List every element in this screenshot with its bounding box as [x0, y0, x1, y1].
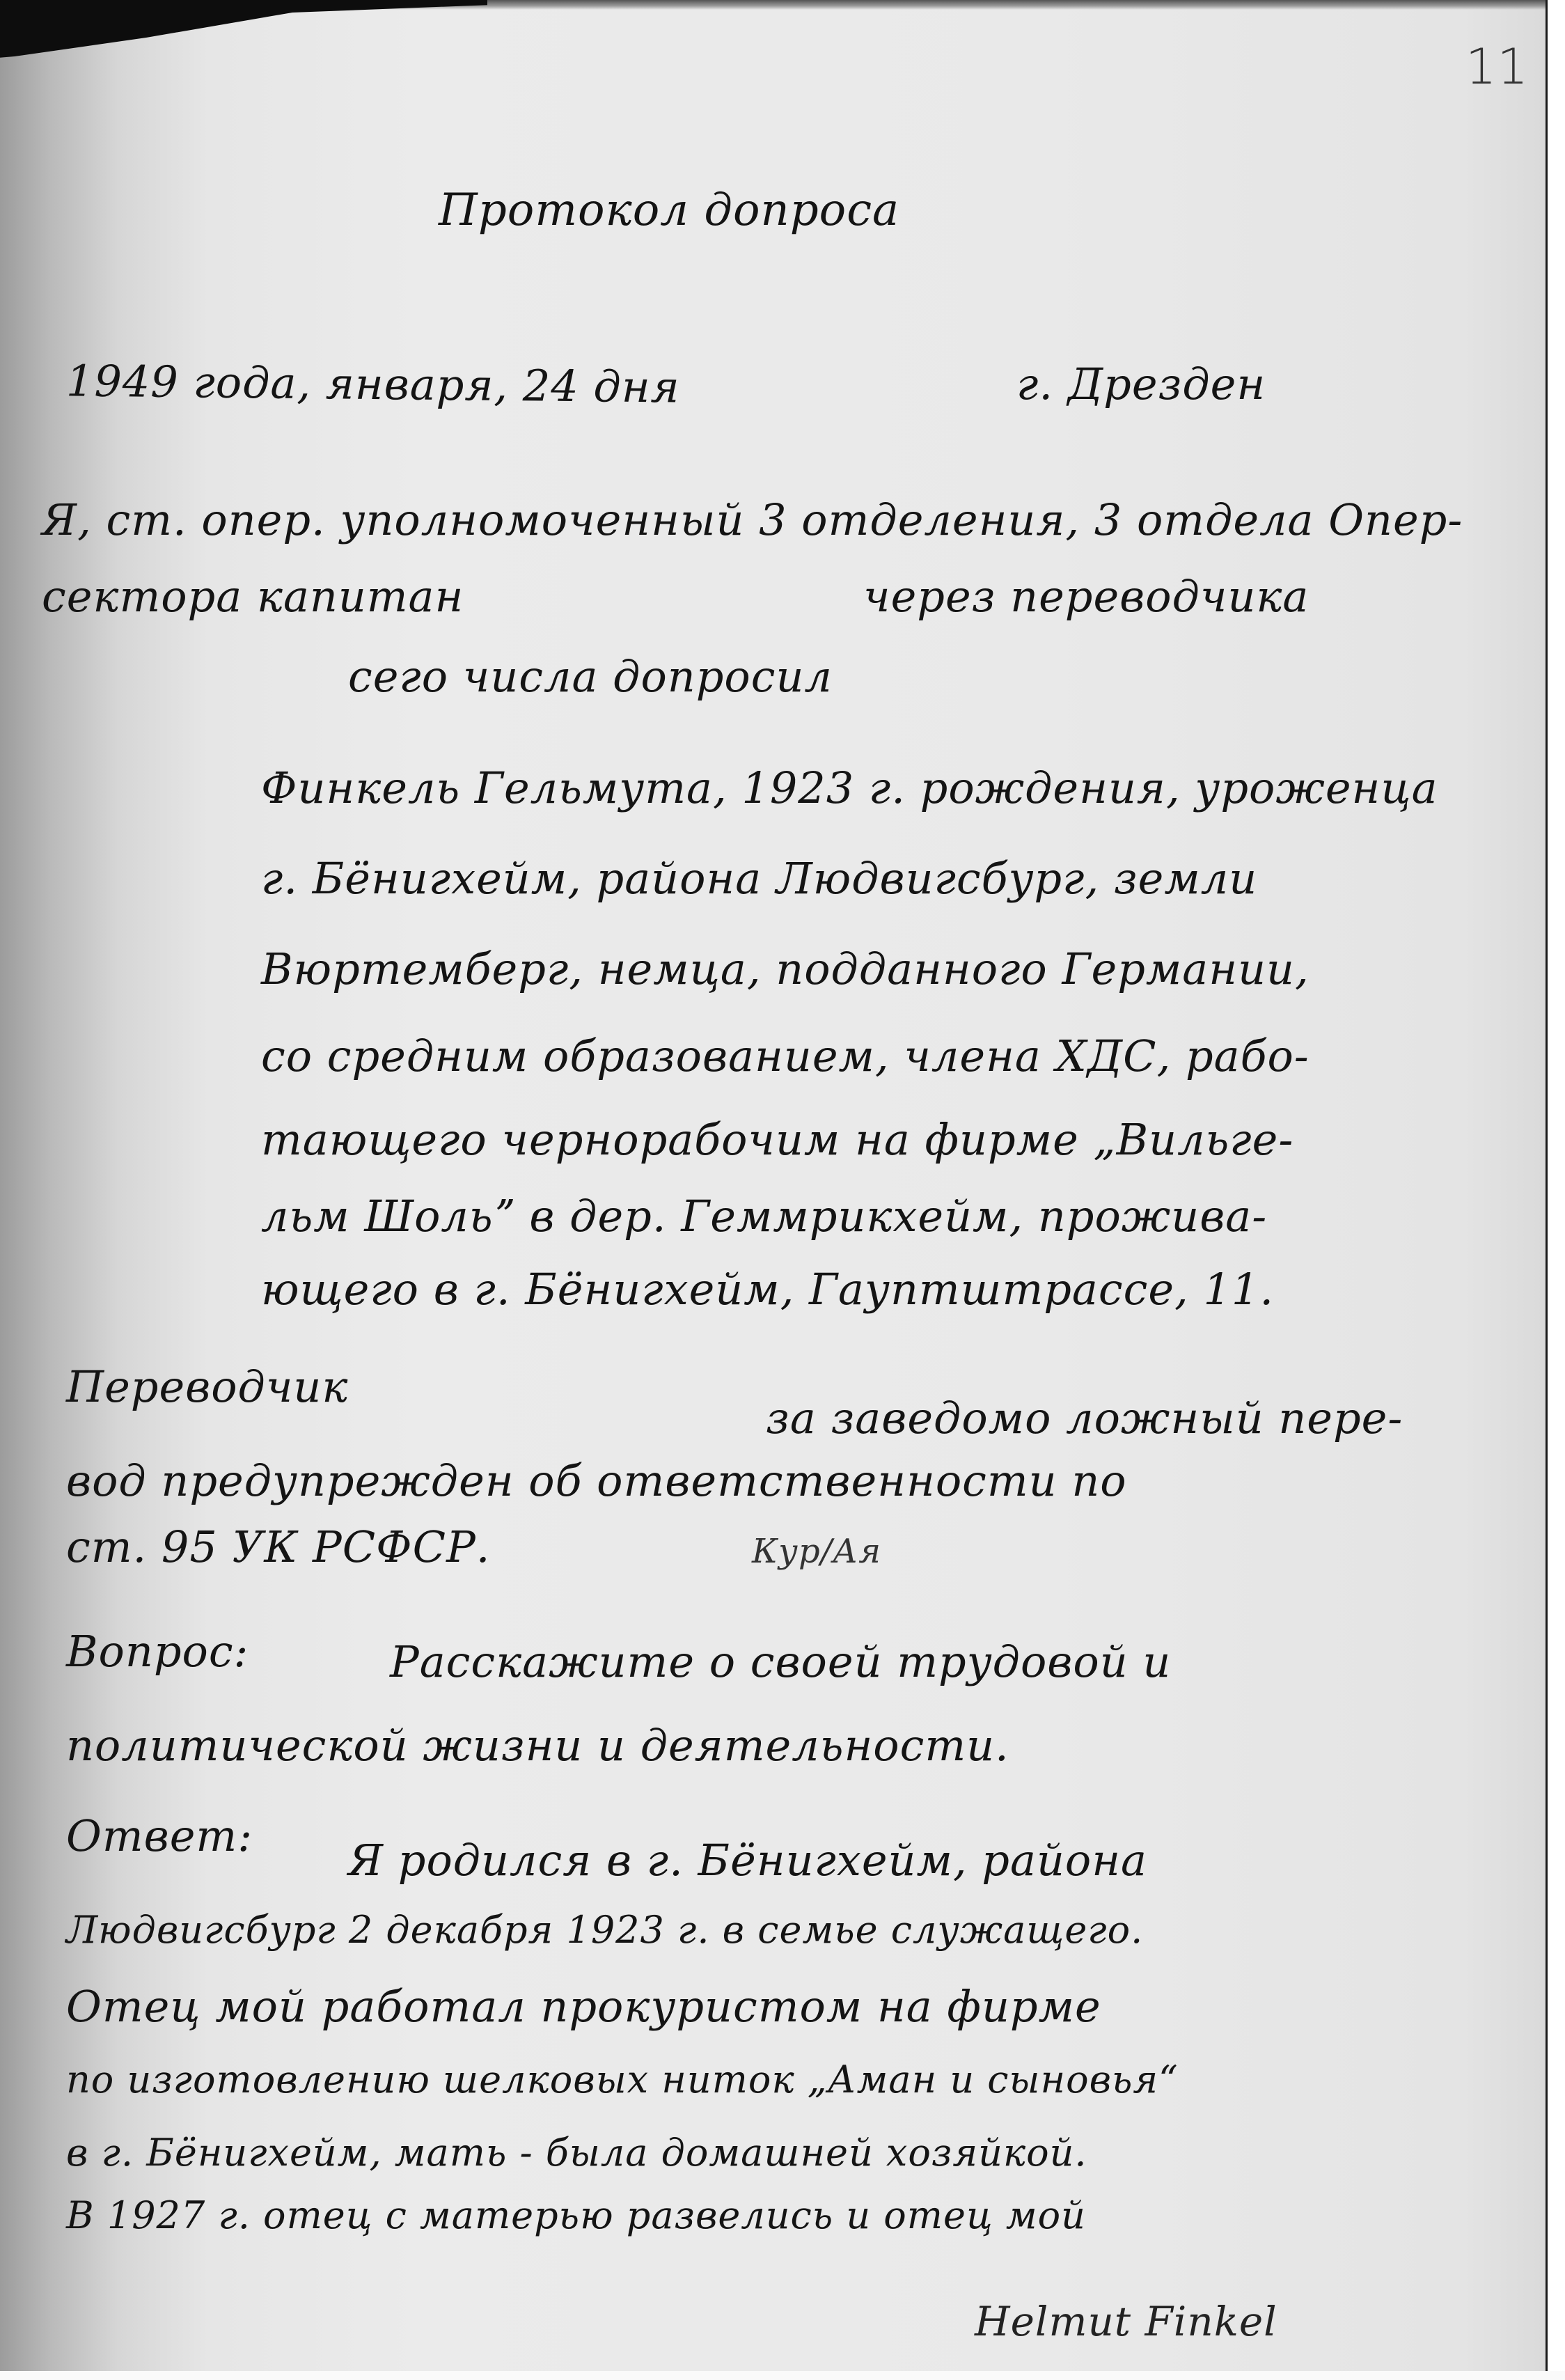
subject-line: ющего в г. Бёнигхейм, Гауптштрассе, 11.: [261, 1264, 1274, 1315]
intro-line-2-left: сектора капитан: [42, 571, 464, 622]
answer-line: Я родился в г. Бёнигхейм, района: [348, 1835, 1147, 1886]
document-page: 11 Протокол допроса 1949 года, января, 2…: [0, 0, 1548, 2371]
answer-line: Отец мой работал прокуристом на фирме: [66, 1981, 1101, 2032]
answer-line: В 1927 г. отец с матерью развелись и оте…: [66, 2193, 1086, 2237]
subject-line: со средним образованием, члена ХДС, рабо…: [261, 1031, 1310, 1081]
answer-line: в г. Бёнигхейм, мать - была домашней хоз…: [66, 2131, 1087, 2175]
scan-bottom-margin: [0, 2371, 1565, 2380]
page-number: 11: [1465, 38, 1529, 95]
subject-line: Финкель Гельмута, 1923 г. рождения, урож…: [261, 762, 1438, 813]
subject-signature: Helmut Finkel: [975, 2298, 1277, 2345]
intro-line-3: сего числа допросил: [348, 651, 833, 702]
question-line-2: политической жизни и деятельности.: [66, 1720, 1009, 1771]
answer-label: Ответ:: [66, 1810, 253, 1861]
question-line-1: Расскажите о своей трудовой и: [390, 1636, 1171, 1687]
intro-line-2-right: через переводчика: [863, 571, 1309, 622]
question-label: Вопрос:: [66, 1626, 249, 1677]
subject-line: Вюртемберг, немца, подданного Германии,: [261, 944, 1310, 994]
translator-line-3: ст. 95 УК РСФСР.: [66, 1521, 491, 1572]
translator-signature: Кур/Ая: [752, 1532, 881, 1571]
answer-line: по изготовлению шелковых ниток „Аман и с…: [66, 2058, 1179, 2101]
answer-line: Людвигсбург 2 декабря 1923 г. в семье сл…: [66, 1908, 1143, 1952]
translator-label: Переводчик: [66, 1361, 348, 1412]
subject-line: г. Бёнигхейм, района Людвигсбург, земли: [261, 853, 1257, 904]
interrogation-date: 1949 года, января, 24 дня: [66, 355, 680, 412]
translator-line-1: за заведомо ложный пере-: [766, 1393, 1403, 1443]
document-title: Протокол допроса: [439, 185, 899, 236]
subject-line: льм Шольˮ в дер. Геммрикхейм, прожива-: [261, 1191, 1267, 1242]
translator-line-2: вод предупрежден об ответственности по: [66, 1455, 1127, 1506]
interrogation-place: г. Дрезден: [1016, 359, 1266, 409]
subject-line: тающего чернорабочим на фирме „Вильге-: [261, 1114, 1293, 1165]
intro-line-1: Я, ст. опер. уполномоченный 3 отделения,…: [42, 494, 1463, 545]
